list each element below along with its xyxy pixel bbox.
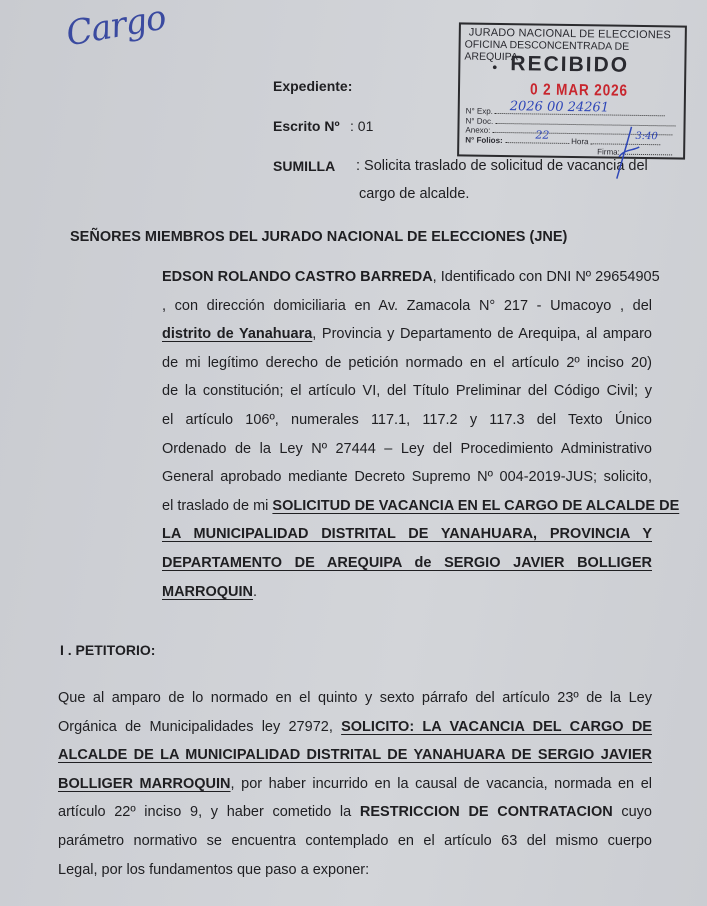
intro-line: distrito de Yanahuara, Provincia y Depar…: [162, 320, 652, 349]
petitorio-line: Legal, por los fundamentos que paso a ex…: [58, 856, 652, 885]
text-segment: cuyo: [613, 804, 652, 820]
escrito-label: Escrito Nº: [273, 118, 340, 134]
stamp-doc-label: N° Doc.: [466, 117, 494, 126]
petitorio-line: parámetro normativo se encuentra contemp…: [58, 827, 652, 856]
intro-line: DEPARTAMENTO DE AREQUIPA de SERGIO JAVIE…: [162, 549, 652, 578]
petitorio-line: Que al amparo de lo normado en el quinto…: [58, 684, 652, 713]
emphasized-text: SOLICITUD DE VACANCIA EN EL CARGO DE ALC…: [272, 498, 679, 514]
text-segment: el artículo 106º, numerales 117.1, 117.2…: [162, 412, 652, 428]
text-segment: de la constitución; el artículo VI, del …: [162, 383, 652, 399]
emphasized-text: MARROQUIN: [162, 584, 253, 600]
intro-line: MARROQUIN.: [162, 578, 652, 607]
intro-line: de mi legítimo derecho de petición norma…: [162, 349, 652, 378]
intro-line: LA MUNICIPALIDAD DISTRITAL DE YANAHUARA,…: [162, 520, 652, 549]
petitorio-line: ALCALDE DE LA MUNICIPALIDAD DISTRITAL DE…: [58, 741, 652, 770]
text-segment: , Identificado con DNI Nº 29654905: [433, 269, 660, 285]
emphasized-text: RESTRICCION DE CONTRATACION: [360, 804, 613, 820]
intro-line: General aprobado mediante Decreto Suprem…: [162, 463, 652, 492]
stamp-folios-label: N° Folios:: [465, 136, 503, 146]
sumilla-line-1: : Solicita traslado de solicitud de vaca…: [356, 158, 648, 174]
text-segment: General aprobado mediante Decreto Suprem…: [162, 469, 652, 485]
text-segment: , Provincia y Departamento de Arequipa, …: [312, 326, 652, 342]
addressee-heading: SEÑORES MIEMBROS DEL JURADO NACIONAL DE …: [70, 229, 567, 245]
reception-stamp: JURADO NACIONAL DE ELECCIONES OFICINA DE…: [457, 22, 687, 159]
expediente-label: Expediente:: [273, 78, 352, 94]
intro-line: , con dirección domiciliaria en Av. Zama…: [162, 292, 652, 321]
text-segment: artículo 22º inciso 9, y haber cometido …: [58, 804, 360, 820]
emphasized-text: DEPARTAMENTO DE AREQUIPA de SERGIO JAVIE…: [162, 555, 652, 571]
stamp-title: RECIBIDO: [510, 52, 629, 78]
text-segment: Ordenado de la Ley Nº 27444 – Ley del Pr…: [162, 441, 652, 457]
emphasized-text: ALCALDE DE LA MUNICIPALIDAD DISTRITAL DE…: [58, 747, 652, 763]
sumilla-label: SUMILLA: [273, 158, 335, 174]
stamp-folios-value: 22: [535, 128, 549, 141]
signature-scribble-icon: [609, 123, 650, 184]
emphasized-text: LA MUNICIPALIDAD DISTRITAL DE YANAHUARA,…: [162, 526, 652, 542]
sumilla-line-2: cargo de alcalde.: [359, 186, 469, 202]
petitorio-paragraph: Que al amparo de lo normado en el quinto…: [58, 684, 652, 884]
stamp-exp-value: 2026 00 24261: [510, 99, 609, 115]
emphasized-text: distrito de Yanahuara: [162, 326, 312, 342]
emphasized-text: SOLICITO: LA VACANCIA DEL CARGO DE: [341, 719, 652, 735]
text-segment: Legal, por los fundamentos que paso a ex…: [58, 862, 369, 878]
intro-line: el traslado de mi SOLICITUD DE VACANCIA …: [162, 492, 652, 521]
petitorio-line: BOLLIGER MARROQUIN, por haber incurrido …: [58, 770, 652, 799]
stamp-date: 0 2 MAR 2026: [530, 81, 628, 100]
text-segment: , por haber incurrido en la causal de va…: [231, 776, 652, 792]
text-segment: Orgánica de Municipalidades ley 27972,: [58, 719, 341, 735]
intro-line: EDSON ROLANDO CASTRO BARREDA, Identifica…: [162, 263, 652, 292]
stamp-dot: •: [492, 59, 497, 75]
petitorio-line: Orgánica de Municipalidades ley 27972, S…: [58, 713, 652, 742]
handwritten-cargo-note: Cargo: [63, 0, 168, 54]
intro-line: de la constitución; el artículo VI, del …: [162, 377, 652, 406]
emphasized-text: EDSON ROLANDO CASTRO BARREDA: [162, 269, 433, 285]
intro-line: el artículo 106º, numerales 117.1, 117.2…: [162, 406, 652, 435]
text-segment: de mi legítimo derecho de petición norma…: [162, 355, 652, 371]
intro-line: Ordenado de la Ley Nº 27444 – Ley del Pr…: [162, 435, 652, 464]
emphasized-text: BOLLIGER MARROQUIN: [58, 776, 231, 792]
text-segment: , con dirección domiciliaria en Av. Zama…: [162, 298, 652, 314]
section-petitorio-heading: I . PETITORIO:: [60, 642, 155, 658]
stamp-anexo-label: Anexo:: [465, 126, 490, 135]
text-segment: el traslado de mi: [162, 498, 272, 514]
intro-paragraph: EDSON ROLANDO CASTRO BARREDA, Identifica…: [162, 263, 652, 606]
petitorio-line: artículo 22º inciso 9, y haber cometido …: [58, 798, 652, 827]
text-segment: Que al amparo de lo normado en el quinto…: [58, 690, 652, 706]
text-segment: parámetro normativo se encuentra contemp…: [58, 833, 652, 849]
escrito-value: : 01: [350, 118, 373, 134]
stamp-exp-label: N° Exp.: [466, 107, 493, 116]
stamp-hora-label: Hora: [571, 137, 588, 146]
text-segment: .: [253, 584, 257, 600]
